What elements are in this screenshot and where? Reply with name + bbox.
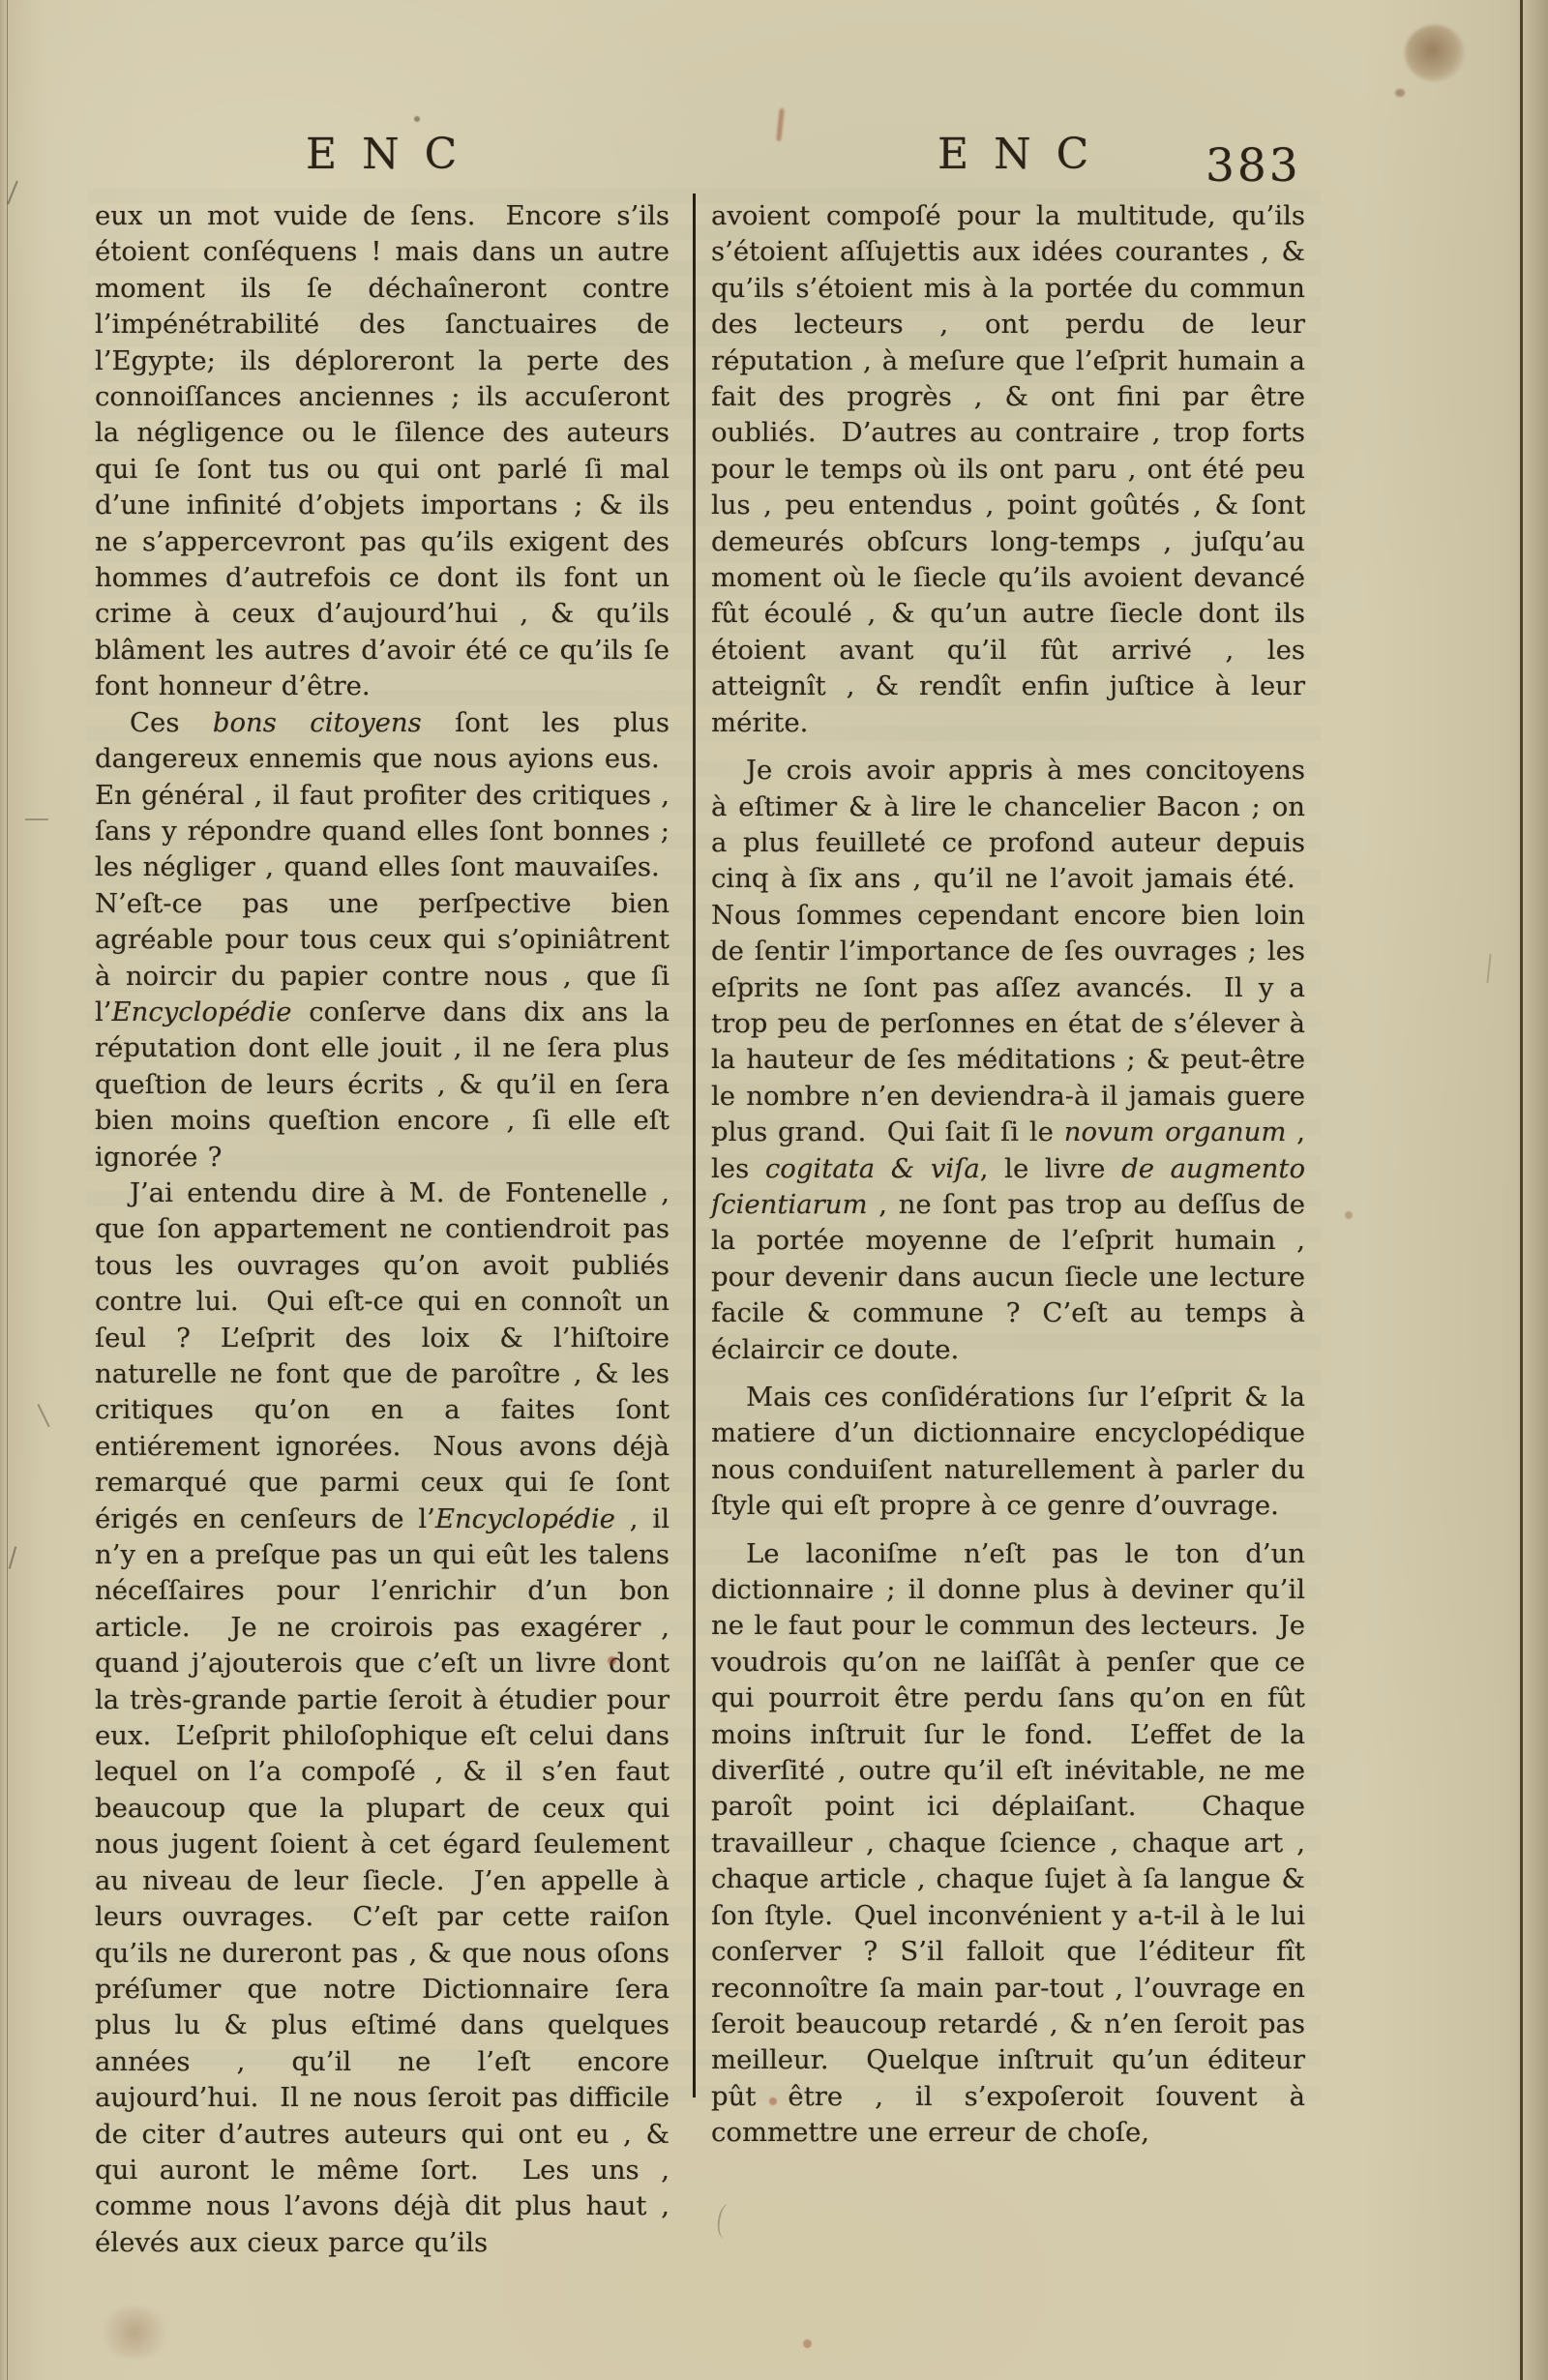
italic-text: bons citoyens: [213, 707, 422, 738]
column-divider: [693, 193, 696, 2097]
page-number: 383: [1206, 139, 1301, 193]
text-segment: Je crois avoir appris à mes concitoyens …: [711, 755, 1305, 1147]
text-segment: Mais ces conſidérations ſur l’eſprit & l…: [711, 1382, 1305, 1521]
running-title-right: E N C: [938, 130, 1094, 179]
paragraph: Le laconiſme n’eſt pas le ton d’un dicti…: [711, 1536, 1305, 2152]
paragraph: Mais ces conſidérations ſur l’eſprit & l…: [711, 1380, 1305, 1525]
ink-speck: [414, 116, 420, 122]
paragraph: Je crois avoir appris à mes concitoyens …: [711, 753, 1305, 1368]
running-title-left: E N C: [306, 130, 462, 179]
paper-stain: [97, 2307, 172, 2358]
page-left-edge: [0, 0, 8, 2380]
page-right-edge: [1520, 0, 1548, 2380]
text-segment: , il n’y en a preſque pas un qui eût les…: [95, 1503, 670, 2258]
italic-text: Encyclopédie: [435, 1503, 615, 1534]
ink-stain-satellite: [1395, 89, 1405, 97]
ink-speck: [608, 1656, 616, 1665]
ink-speck: [769, 2097, 777, 2105]
paragraph: eux un mot vuide de ſens. Encore s’ils é…: [95, 198, 670, 705]
text-segment: Ces: [130, 707, 213, 738]
book-page: E N C E N C 383 eux un mot vuide de ſens…: [0, 0, 1548, 2380]
text-segment: avoient compoſé pour la multitude, qu’il…: [711, 200, 1305, 738]
text-segment: ſont les plus dangereux ennemis que nous…: [95, 707, 670, 1027]
ink-stain: [1405, 25, 1465, 81]
text-segment: , le livre: [980, 1153, 1121, 1184]
text-segment: Le laconiſme n’eſt pas le ton d’un dicti…: [711, 1538, 1305, 2149]
paragraph: Ces bons citoyens ſont les plus dangereu…: [95, 705, 670, 1175]
ink-speck: [803, 2339, 812, 2348]
paragraph: J’ai entendu dire à M. de Fontenelle , q…: [95, 1175, 670, 2261]
margin-mark: [25, 818, 48, 820]
italic-text: novum organum: [1064, 1116, 1287, 1147]
text-segment: J’ai entendu dire à M. de Fontenelle , q…: [95, 1177, 670, 1534]
ink-speck: [1345, 1211, 1353, 1219]
paragraph: avoient compoſé pour la multitude, qu’il…: [711, 198, 1305, 741]
italic-text: cogitata & viſa: [765, 1153, 980, 1184]
italic-text: Encyclopédie: [112, 997, 292, 1027]
left-column: eux un mot vuide de ſens. Encore s’ils é…: [95, 198, 670, 2261]
right-column: avoient compoſé pour la multitude, qu’il…: [711, 198, 1305, 2152]
text-segment: eux un mot vuide de ſens. Encore s’ils é…: [95, 200, 670, 701]
